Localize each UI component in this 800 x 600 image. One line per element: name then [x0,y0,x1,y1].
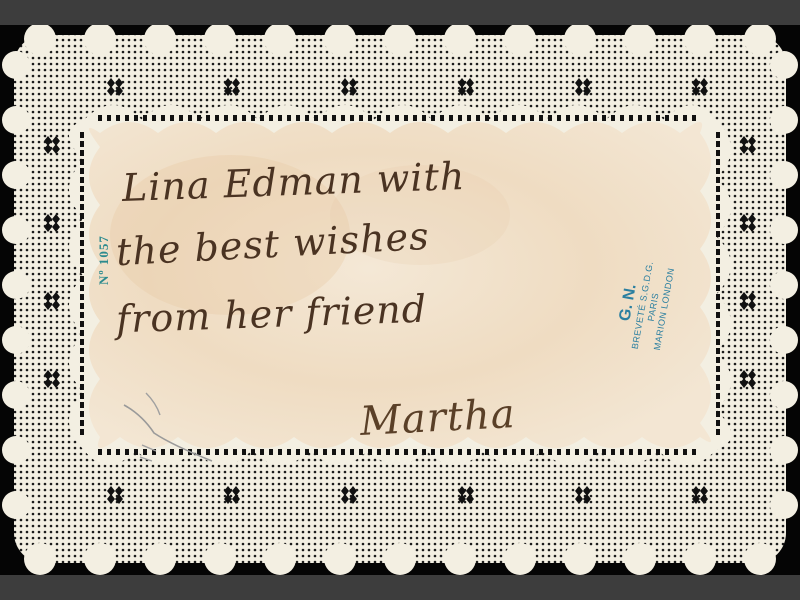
letterbox-bottom [0,575,800,600]
letterbox-top [0,0,800,25]
serial-number-stamp: Nº 1057 [96,235,112,285]
signature: Martha [359,391,517,445]
pencil-mark [112,385,232,465]
